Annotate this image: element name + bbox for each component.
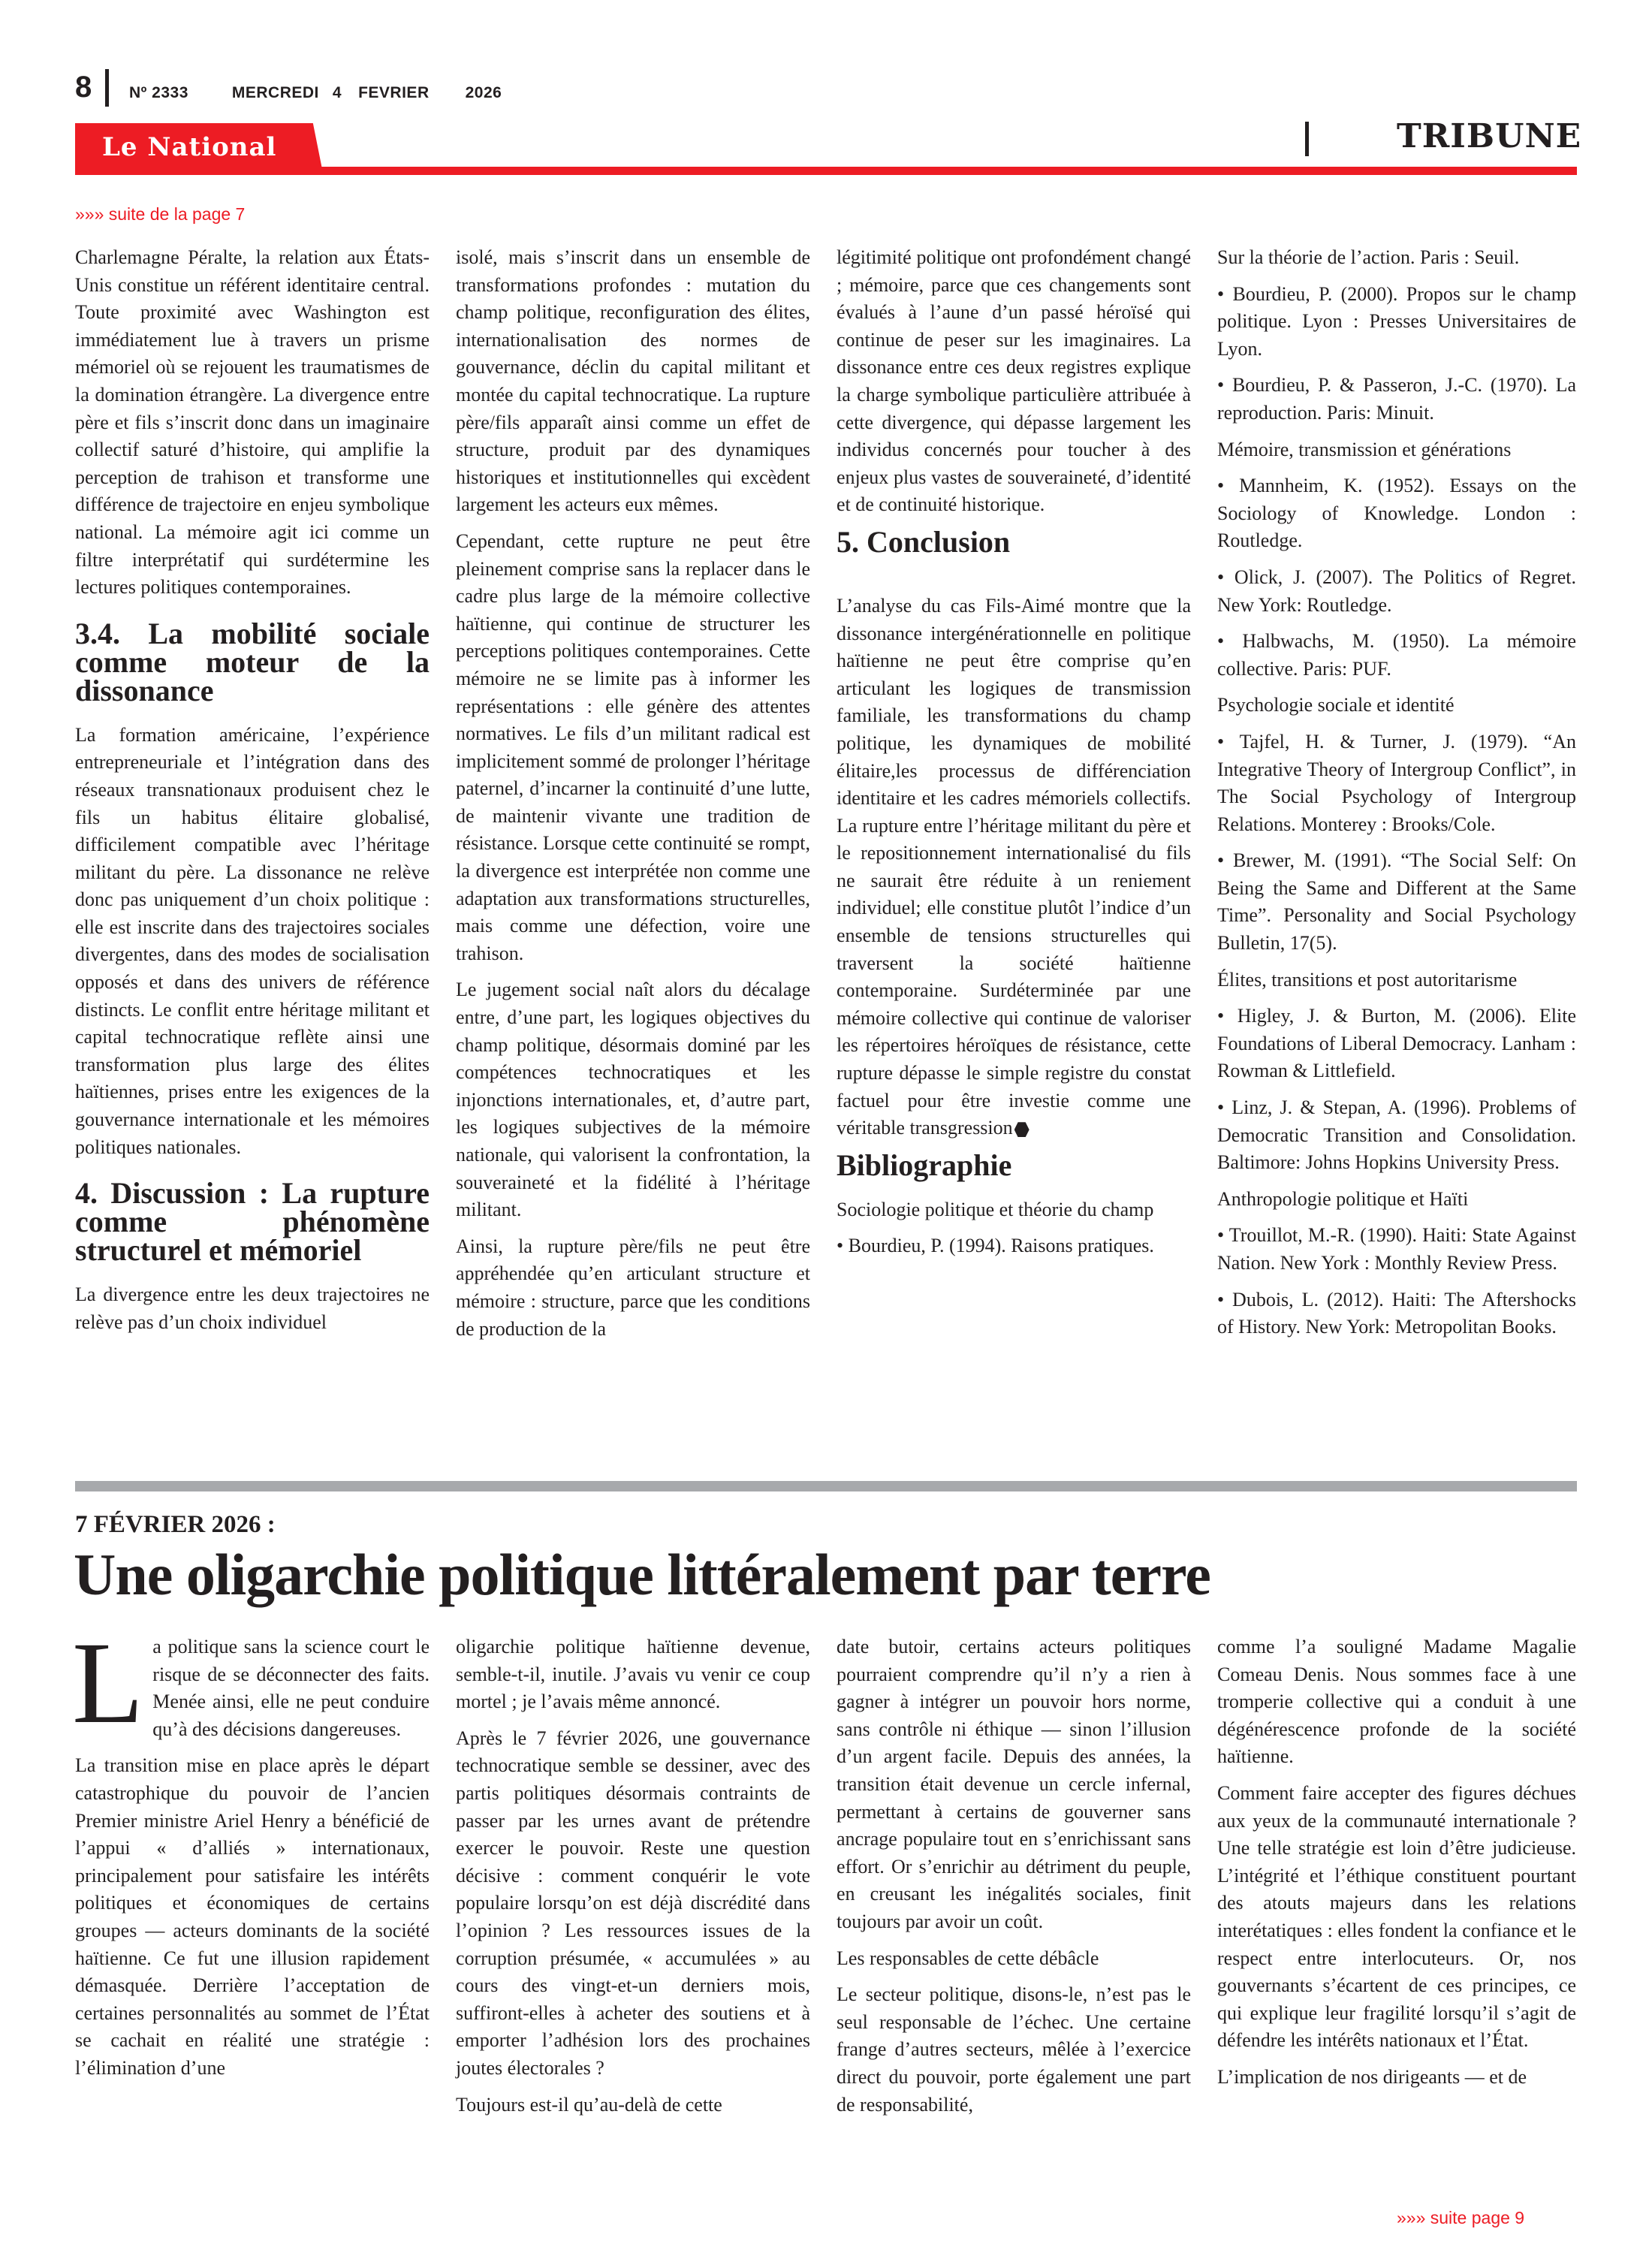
bibliography-entry: • Linz, J. & Stepan, A. (1996). Problems… <box>1217 1094 1576 1177</box>
paragraph: L’implication de nos dirigeants — et de <box>1217 2064 1576 2092</box>
paragraph: Le secteur politique, disons-le, n’est p… <box>837 1981 1191 2119</box>
page-number: 8 <box>75 71 92 104</box>
bibliography-category: Élites, transitions et post autoritarism… <box>1217 967 1576 994</box>
conclusion-text: L’analyse du cas Fils-Aimé montre que la… <box>837 595 1191 1139</box>
paragraph: Comment faire accepter des figures déchu… <box>1217 1780 1576 2055</box>
paragraph: Le jugement social naît alors du décalag… <box>456 976 810 1223</box>
issue-day: 4 <box>333 84 342 102</box>
bibliography-entry: • Bourdieu, P. (1994). Raisons pratiques… <box>837 1232 1191 1260</box>
continued-from-link[interactable]: »»» suite de la page 7 <box>75 204 245 225</box>
paragraph: légitimité politique ont profondément ch… <box>837 244 1191 519</box>
bibliography-entry: • Bourdieu, P. (2000). Propos sur le cha… <box>1217 281 1576 363</box>
bibliography-category: Psychologie sociale et identité <box>1217 692 1576 719</box>
paragraph: Après le 7 février 2026, une gouvernance… <box>456 1725 810 2083</box>
paragraph: La divergence entre les deux trajectoire… <box>75 1281 430 1336</box>
folio-divider <box>105 69 109 107</box>
bibliography-entry: • Higley, J. & Burton, M. (2006). Elite … <box>1217 1003 1576 1085</box>
article2-column-1: La politique sans la science court le ri… <box>75 1633 430 2092</box>
lead-paragraph: La politique sans la science court le ri… <box>75 1633 430 1743</box>
bibliography-entry: • Dubois, L. (2012). Haiti: The Aftersho… <box>1217 1286 1576 1341</box>
article2-kicker: 7 FÉVRIER 2026 : <box>75 1511 276 1539</box>
issue-year: 2026 <box>466 84 502 102</box>
bibliography-heading: Bibliographie <box>837 1151 1191 1180</box>
article1-column-2: isolé, mais s’inscrit dans un ensemble d… <box>456 244 810 1352</box>
lead-text: a politique sans la science court le ris… <box>152 1636 430 1740</box>
issue-dateline: Nº 2333 MERCREDI 4 FEVRIER 2026 <box>129 84 502 102</box>
issue-number: Nº 2333 <box>129 84 188 102</box>
paragraph: L’analyse du cas Fils-Aimé montre que la… <box>837 593 1191 1142</box>
continued-to-link[interactable]: »»» suite page 9 <box>1397 2208 1524 2228</box>
paragraph: isolé, mais s’inscrit dans un ensemble d… <box>456 244 810 519</box>
bibliography-entry: • Mannheim, K. (1952). Essays on the Soc… <box>1217 472 1576 555</box>
section-title: TRIBUNE <box>1397 117 1581 155</box>
paragraph: Ainsi, la rupture père/fils ne peut être… <box>456 1233 810 1343</box>
article2-column-4: comme l’a souligné Madame Magalie Comeau… <box>1217 1633 1576 2101</box>
paragraph: oligarchie politique haïtienne devenue, … <box>456 1633 810 1716</box>
bibliography-entry: • Brewer, M. (1991). “The Social Self: O… <box>1217 847 1576 957</box>
article2-column-2: oligarchie politique haïtienne devenue, … <box>456 1633 810 2128</box>
article-divider <box>75 1481 1577 1491</box>
bibliography-entry: • Trouillot, M.-R. (1990). Haiti: State … <box>1217 1222 1576 1277</box>
article1-column-1: Charlemagne Péralte, la relation aux Éta… <box>75 244 430 1345</box>
article2-headline: Une oligarchie politique littéralement p… <box>74 1541 1210 1609</box>
bibliography-entry: • Bourdieu, P. & Passeron, J.-C. (1970).… <box>1217 372 1576 427</box>
section-divider <box>1305 122 1309 156</box>
section-heading-3-4: 3.4. La mobilité sociale comme moteur de… <box>75 620 430 705</box>
drop-cap: L <box>72 1636 143 1730</box>
section-heading-conclusion: 5. Conclusion <box>837 528 1191 556</box>
masthead-rule <box>75 167 1577 175</box>
paragraph: Toujours est-il qu’au-delà de cette <box>456 2092 810 2119</box>
bibliography-entry: • Tajfel, H. & Turner, J. (1979). “An In… <box>1217 728 1576 838</box>
bibliography-entry: Sur la théorie de l’action. Paris : Seui… <box>1217 244 1576 272</box>
newspaper-logo[interactable]: Le National <box>102 132 276 162</box>
paragraph: Charlemagne Péralte, la relation aux Éta… <box>75 244 430 602</box>
section-heading-4: 4. Discussion : La rupture comme phénomè… <box>75 1179 430 1265</box>
article1-column-3: légitimité politique ont profondément ch… <box>837 244 1191 1269</box>
end-of-article-icon <box>1014 1122 1029 1137</box>
issue-month: FEVRIER <box>358 84 430 102</box>
paragraph: La formation américaine, l’expérience en… <box>75 722 430 1162</box>
bibliography-category: Mémoire, transmission et générations <box>1217 436 1576 464</box>
issue-weekday: MERCREDI <box>232 84 319 102</box>
bibliography-entry: • Halbwachs, M. (1950). La mémoire colle… <box>1217 628 1576 683</box>
article2-column-3: date butoir, certains acteurs politiques… <box>837 1633 1191 2128</box>
bibliography-category: Anthropologie politique et Haïti <box>1217 1186 1576 1214</box>
article1-column-4: Sur la théorie de l’action. Paris : Seui… <box>1217 244 1576 1350</box>
paragraph: Cependant, cette rupture ne peut être pl… <box>456 528 810 968</box>
subheading: Les responsables de cette débâcle <box>837 1945 1191 1973</box>
bibliography-entry: • Olick, J. (2007). The Politics of Regr… <box>1217 564 1576 619</box>
paragraph: La transition mise en place après le dép… <box>75 1752 430 2082</box>
bibliography-category: Sociologie politique et théorie du champ <box>837 1196 1191 1224</box>
paragraph: comme l’a souligné Madame Magalie Comeau… <box>1217 1633 1576 1771</box>
paragraph: date butoir, certains acteurs politiques… <box>837 1633 1191 1936</box>
